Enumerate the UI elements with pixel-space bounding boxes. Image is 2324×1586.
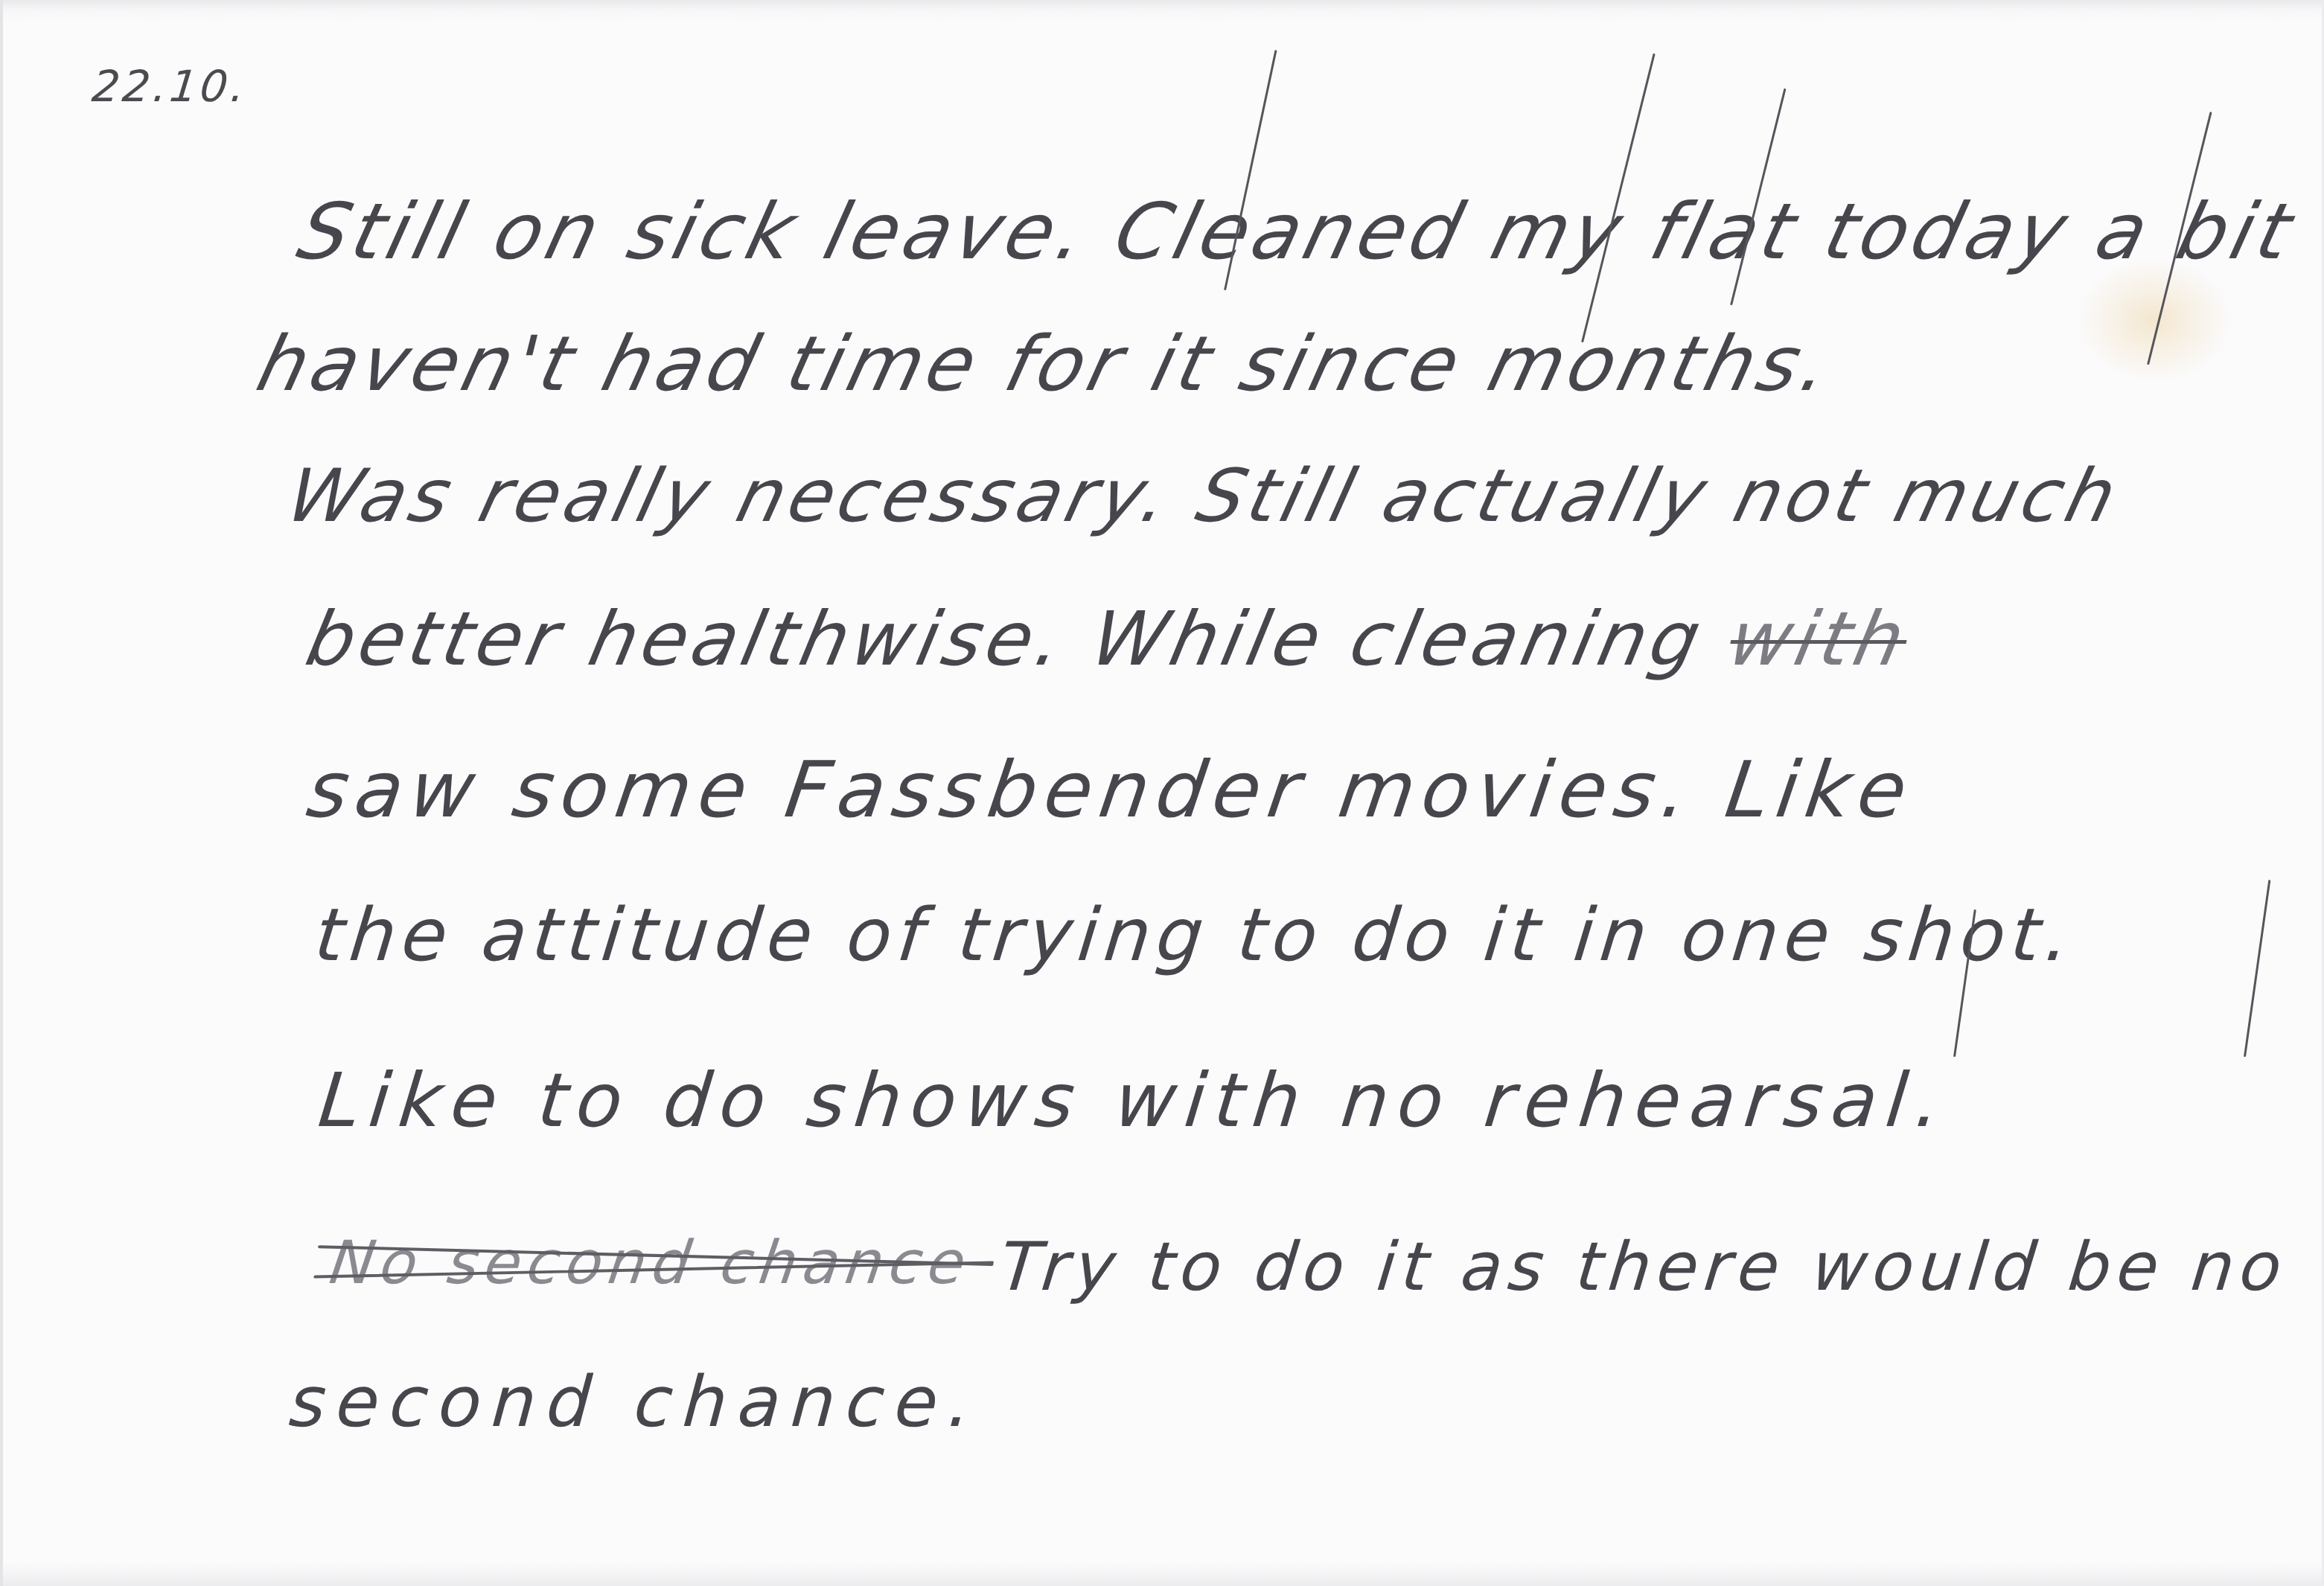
note-line-8-struck: No second chance <box>325 1228 976 1297</box>
note-line-7: Like to do shows with no rehearsal. <box>315 1057 1953 1144</box>
note-line-6: the attitude of trying to do it in one s… <box>311 893 2080 978</box>
note-date: 22.10. <box>89 61 250 112</box>
handwritten-note-page: 22.10. Still on sick leave. Cleaned my f… <box>0 0 2324 1586</box>
note-line-9: second chance. <box>287 1362 984 1443</box>
ascender-stroke <box>2244 880 2270 1057</box>
note-line-1: Still on sick leave. Cleaned my flat tod… <box>290 186 2305 277</box>
note-line-3: Was really necessary. Still actually not… <box>279 454 2129 539</box>
struck-word: with <box>1722 595 1916 682</box>
note-line-8: Try to do it as there would be no <box>996 1228 2291 1306</box>
note-line-5: saw some Fassbender movies. Like <box>301 744 1920 835</box>
scribbled-phrase: No second chance <box>325 1228 976 1297</box>
note-line-2: haven't had time for it since months. <box>249 320 1843 409</box>
note-line-4: better healthwise. While cleaning with <box>299 595 1917 682</box>
